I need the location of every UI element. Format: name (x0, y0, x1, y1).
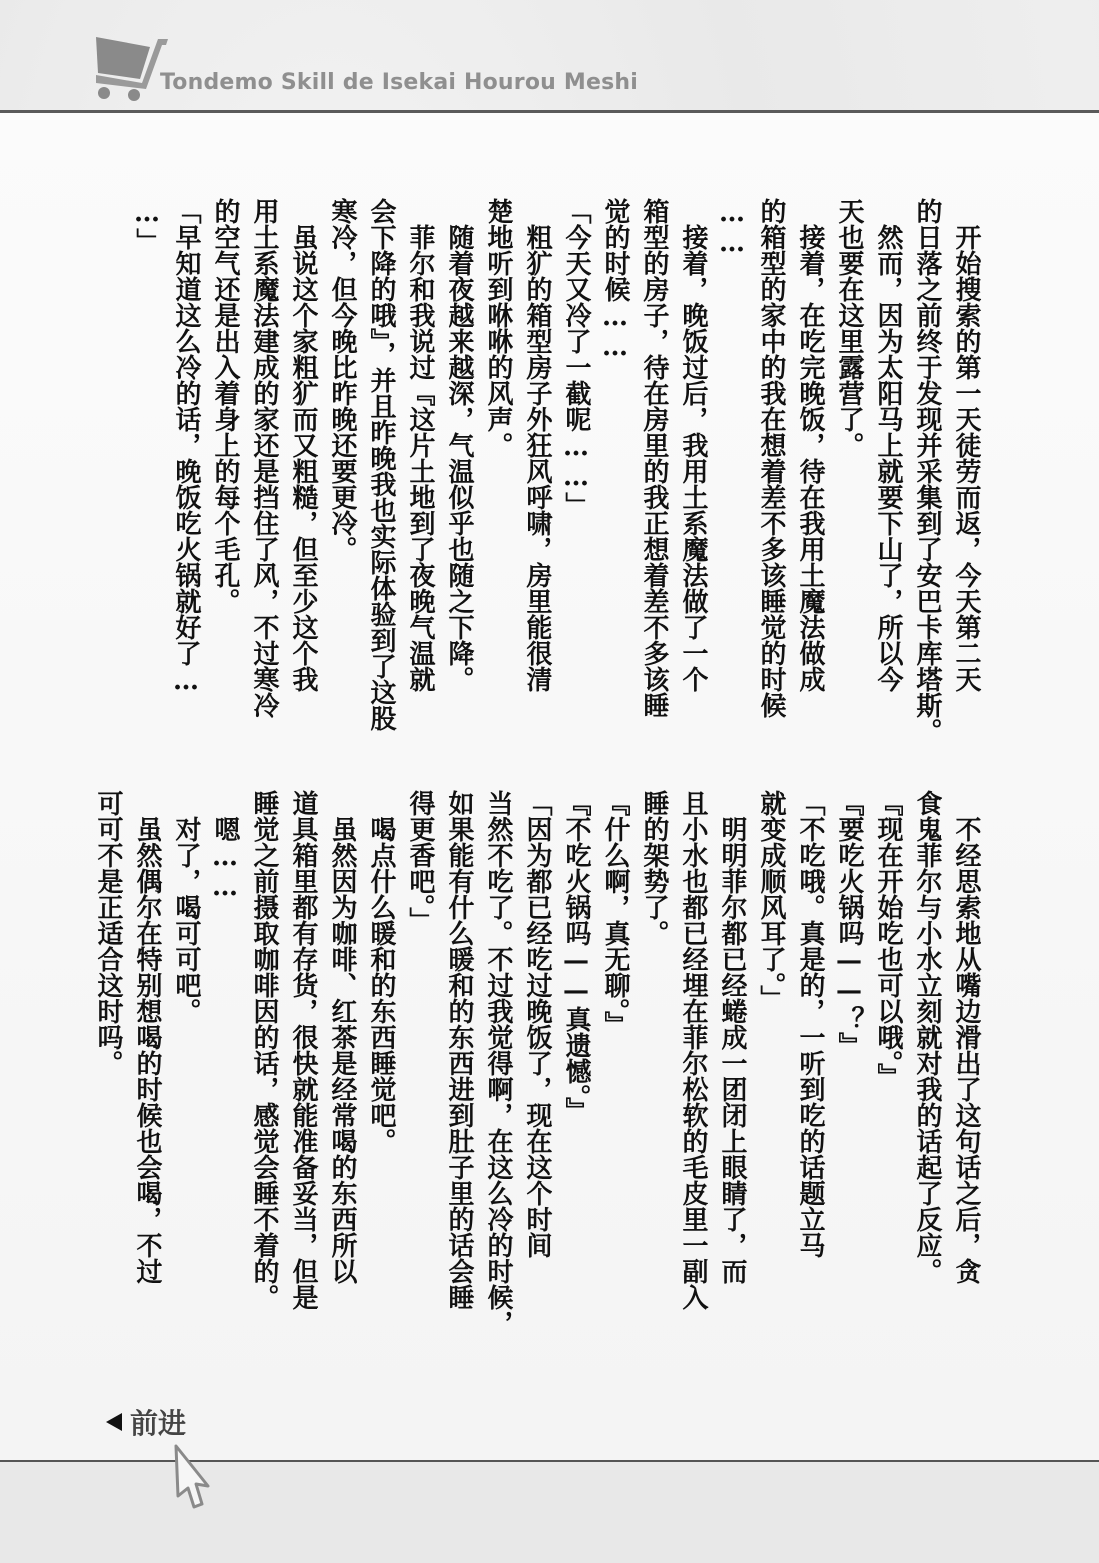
text-column: 明明菲尔都已经蜷成一团闭上眼睛了，而 (706, 790, 745, 1310)
text-column: 然而，因为太阳马上就要下山了，所以今 (862, 198, 901, 708)
mouse-pointer-icon (172, 1444, 212, 1510)
text-column: 菲尔和我说过『这片土地到了夜晚气温就 (394, 198, 433, 708)
text-column: 的日落之前终于发现并采集到了安巴卡库塔斯。 (901, 198, 940, 708)
text-column: 随着夜越来越深，气温似乎也随之下降。 (433, 198, 472, 708)
text-column: 虽说这个家粗犷而又粗糙，但至少这个我 (277, 198, 316, 708)
page-footer (0, 1462, 1099, 1563)
text-column: 用土系魔法建成的家还是挡住了风，不过寒冷 (238, 198, 277, 708)
text-column: 觉的时候…… (589, 198, 628, 708)
text-column: 食鬼菲尔与小水立刻就对我的话起了反应。 (901, 790, 940, 1310)
text-column: 天也要在这里露营了。 (823, 198, 862, 708)
text-column: 如果能有什么暖和的东西进到肚子里的话会睡 (433, 790, 472, 1310)
text-column: 寒冷，但今晚比昨晚还要更冷。 (316, 198, 355, 708)
text-column: 『不吃火锅吗——真遗憾。』 (550, 790, 589, 1310)
text-block-upper: 开始搜索的第一天徒劳而返，今天第二天 的日落之前终于发现并采集到了安巴卡库塔斯。… (121, 198, 979, 708)
text-column: 粗犷的箱型房子外狂风呼啸，房里能很清 (511, 198, 550, 708)
left-triangle-icon (106, 1413, 122, 1431)
text-column: 且小水也都已经埋在菲尔松软的毛皮里一副入 (667, 790, 706, 1310)
text-column: 的空气还是出入着身上的每个毛孔。 (199, 198, 238, 708)
forward-label: 前进 (130, 1402, 186, 1442)
text-column: 睡觉之前摄取咖啡因的话，感觉会睡不着的。 (238, 790, 277, 1310)
text-column: 开始搜索的第一天徒劳而返，今天第二天 (940, 198, 979, 708)
text-column: 『现在开始吃也可以哦。』 (862, 790, 901, 1310)
text-column: 『要吃火锅吗——？』 (823, 790, 862, 1310)
text-column: 「今天又冷了一截呢……」 (550, 198, 589, 708)
text-column: 「因为都已经吃过晚饭了，现在这个时间 (511, 790, 550, 1310)
text-column: 楚地听到咻咻的风声。 (472, 198, 511, 708)
text-column: 『什么啊，真无聊。』 (589, 790, 628, 1310)
text-column: 的箱型的家中的我在想着差不多该睡觉的时候 (745, 198, 784, 708)
text-column: 当然不吃了。不过我觉得啊，在这么冷的时候， (472, 790, 511, 1310)
text-column: 道具箱里都有存货，很快就能准备妥当，但是 (277, 790, 316, 1310)
forward-button[interactable]: 前进 (106, 1402, 186, 1442)
text-column: 得更香吧。」 (394, 790, 433, 1310)
text-column: 就变成顺风耳了。」 (745, 790, 784, 1310)
text-block-lower: 不经思索地从嘴边滑出了这句话之后，贪 食鬼菲尔与小水立刻就对我的话起了反应。 『… (82, 790, 979, 1310)
text-column: 对了，喝可可吧。 (160, 790, 199, 1310)
text-column: 接着，在吃完晚饭，待在我用土魔法做成 (784, 198, 823, 708)
page-header: Tondemo Skill de Isekai Hourou Meshi (0, 0, 1099, 112)
text-column: …」 (121, 198, 160, 708)
text-column: 可可不是正适合这时吗。 (82, 790, 121, 1310)
text-column: …… (706, 198, 745, 708)
text-column: 喝点什么暖和的东西睡觉吧。 (355, 790, 394, 1310)
text-column: 不经思索地从嘴边滑出了这句话之后，贪 (940, 790, 979, 1310)
text-column: 睡的架势了。 (628, 790, 667, 1310)
text-column: 「早知道这么冷的话，晚饭吃火锅就好了… (160, 198, 199, 708)
text-column: 会下降的哦』，并且昨晚我也实际体验到了这股 (355, 198, 394, 708)
text-column: 箱型的房子，待在房里的我正想着差不多该睡 (628, 198, 667, 708)
text-column: 虽然偶尔在特别想喝的时候也会喝，不过 (121, 790, 160, 1310)
text-column: 嗯…… (199, 790, 238, 1310)
text-column: 虽然因为咖啡、红茶是经常喝的东西所以 (316, 790, 355, 1310)
text-column: 接着，晚饭过后，我用土系魔法做了一个 (667, 198, 706, 708)
text-column: 「不吃哦。真是的，一听到吃的话题立马 (784, 790, 823, 1310)
series-title: Tondemo Skill de Isekai Hourou Meshi (160, 70, 638, 95)
